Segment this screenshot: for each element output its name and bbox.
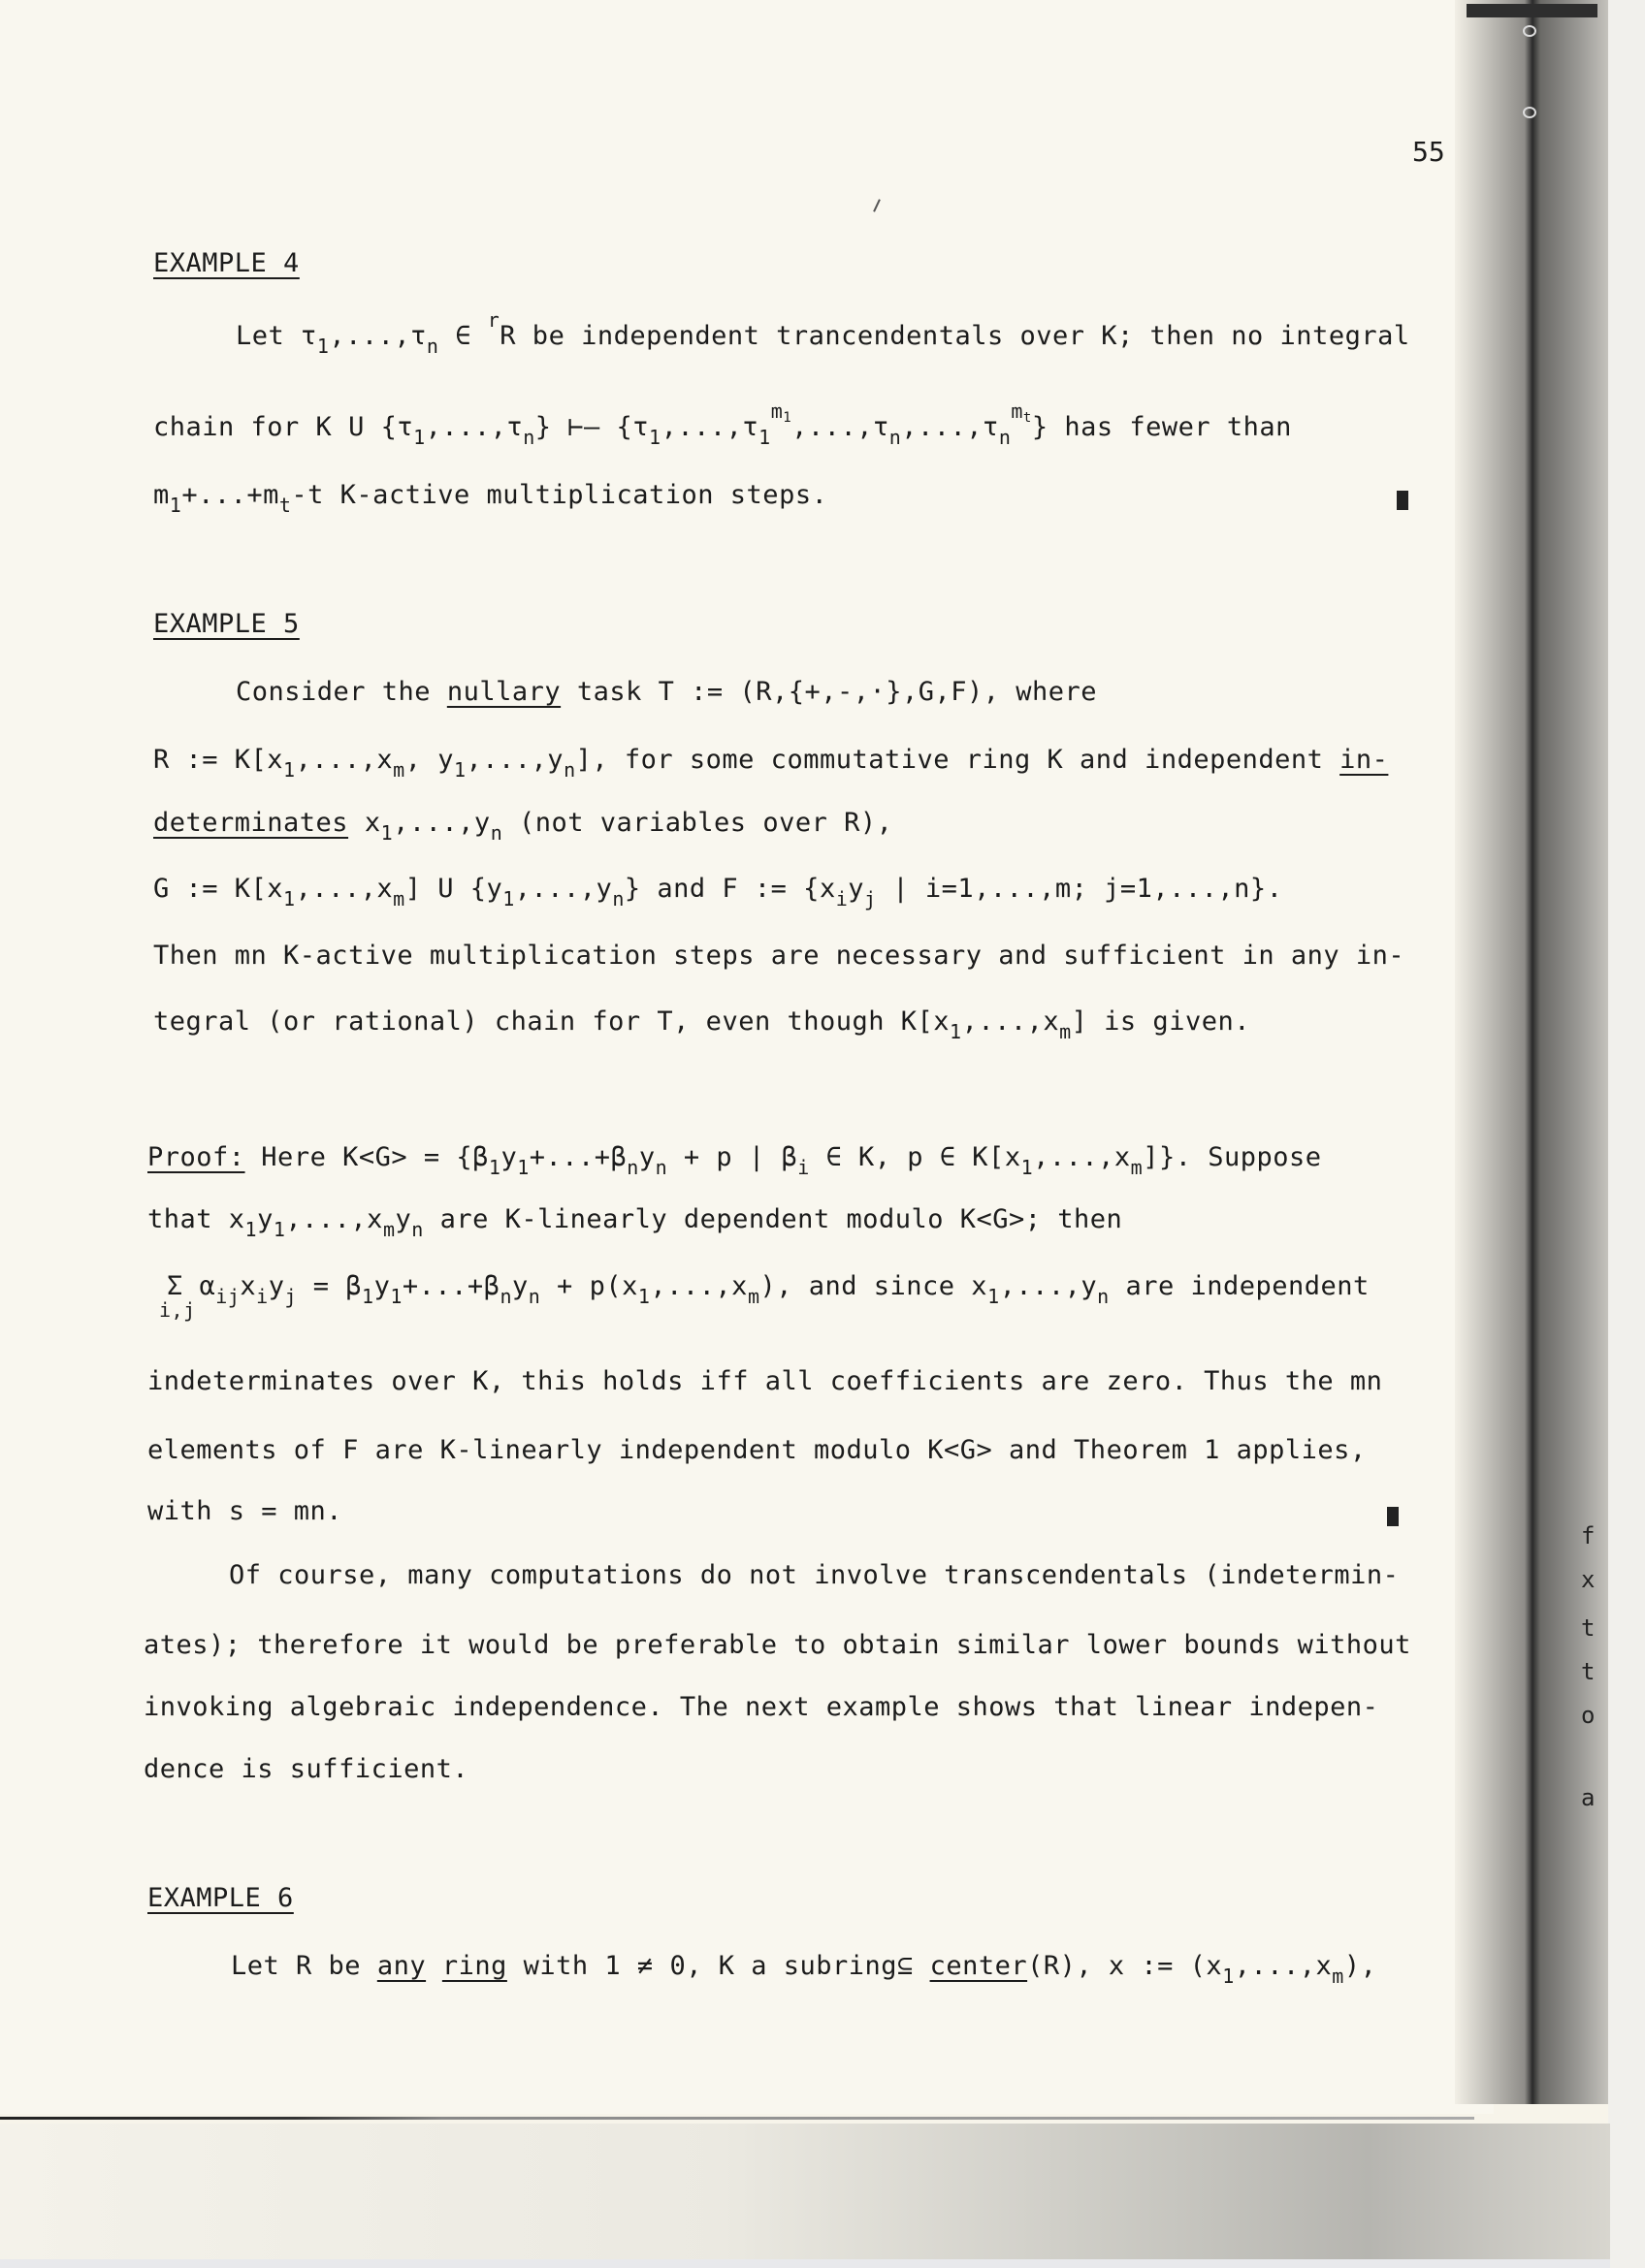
text: , for some commutative ring K and indepe…	[592, 745, 1339, 775]
paragraph-line-4: dence is sufficient.	[144, 1756, 468, 1782]
subseteq: ⊆	[897, 1951, 914, 1981]
term-ring: ring	[442, 1951, 507, 1981]
example-4-line-2: chain for K U {τ1,...,τn} ⊢— {τ1,...,τ1m…	[153, 411, 1292, 440]
example-5-line-5: Then mn K-active multiplication steps ar…	[153, 942, 1404, 969]
text: G := K[x	[153, 874, 283, 904]
example-5-line-1: Consider the nullary task T := (R,{+,-,·…	[236, 679, 1097, 705]
margin-letter: x	[1581, 1566, 1595, 1593]
example-4-line-1: Let τ1,...,τn ∈ rR be independent trance…	[236, 320, 1410, 349]
example-5-line-6: tegral (or rational) chain for T, even t…	[153, 1008, 1250, 1035]
example-6-line-1: Let R be any ring with 1 ≠ 0, K a subrin…	[231, 1953, 1376, 1979]
text: R be independent trancendentals over K; …	[500, 321, 1409, 351]
text: (R), x := (x	[1027, 1951, 1222, 1981]
elem: ∈	[455, 321, 471, 351]
text: ] is given.	[1072, 1006, 1250, 1037]
margin-letter: t	[1581, 1658, 1595, 1685]
example-5-line-4: G := K[x1,...,xm] U {y1,...,yn} and F :=…	[153, 876, 1282, 902]
example-5-line-3: determinates x1,...,yn (not variables ov…	[153, 810, 892, 836]
bottom-page-stack	[0, 2124, 1610, 2259]
example-5-heading: EXAMPLE 5	[153, 611, 300, 637]
binding-top	[1467, 4, 1597, 17]
example-6-heading: EXAMPLE 6	[147, 1885, 294, 1911]
term-determinates: determinates	[153, 808, 348, 838]
page-edge-shadow	[0, 2117, 1474, 2120]
proof-line-6: with s = mn.	[147, 1498, 342, 1524]
page-number: 55	[1412, 136, 1445, 168]
text: has fewer than	[1064, 412, 1292, 442]
adjacent-page-strip	[1608, 0, 1645, 2268]
text: Consider the	[236, 677, 447, 707]
paper-page	[0, 0, 1494, 2114]
qed-mark	[1387, 1507, 1399, 1526]
margin-letter: a	[1581, 1784, 1595, 1811]
rivet-icon	[1523, 25, 1536, 37]
paragraph-line-2: ates); therefore it would be preferable …	[144, 1632, 1411, 1658]
margin-letter: f	[1581, 1522, 1595, 1549]
text: chain for K U {	[153, 412, 397, 442]
term-nullary: nullary	[447, 677, 561, 707]
text: tegral (or rational) chain for T, even t…	[153, 1006, 950, 1037]
text: task T := (R,{+,-,·},G,F), where	[561, 677, 1097, 707]
proof-line-2: that x1y1,...,xmyn are K-linearly depend…	[147, 1206, 1122, 1232]
proof-line-5: elements of F are K-linearly independent…	[147, 1437, 1367, 1463]
proof-label: Proof:	[147, 1142, 245, 1172]
proof-line-3: Σi,j αijxiyj = β1y1+...+βnyn + p(x1,...,…	[167, 1273, 1370, 1299]
proof-line-4: indeterminates over K, this holds iff al…	[147, 1368, 1382, 1394]
rivet-icon	[1523, 107, 1536, 118]
paragraph-line-1: Of course, many computations do not invo…	[229, 1562, 1399, 1588]
text: Let R be	[231, 1951, 377, 1981]
margin-letter: t	[1581, 1614, 1595, 1642]
term-in: in-	[1339, 745, 1388, 775]
text: R := K[x	[153, 745, 283, 775]
text: -t K-active multiplication steps.	[291, 480, 827, 510]
text: . Suppose	[1176, 1142, 1322, 1172]
tau: τ	[301, 321, 317, 351]
scan-edge	[0, 2259, 1610, 2268]
tau: τ	[410, 321, 427, 351]
example-4-line-3: m1+...+mt-t K-active multiplication step…	[153, 482, 827, 508]
term-center: center	[930, 1951, 1028, 1981]
text: are K-linearly dependent modulo K<G>; th…	[424, 1204, 1122, 1234]
text: that x	[147, 1204, 245, 1234]
sup-r: r	[488, 308, 500, 332]
proof-line-1: Proof: Here K<G> = {β1y1+...+βnyn + p | …	[147, 1144, 1322, 1170]
paragraph-line-3: invoking algebraic independence. The nex…	[144, 1694, 1378, 1720]
qed-mark	[1397, 491, 1408, 510]
text: (not variables over R),	[502, 808, 892, 838]
margin-letter: o	[1581, 1702, 1595, 1729]
term-any: any	[377, 1951, 426, 1981]
example-4-heading: EXAMPLE 4	[153, 250, 300, 276]
text: with 1 ≠ 0, K a subring	[507, 1951, 897, 1981]
example-5-line-2: R := K[x1,...,xm, y1,...,yn], for some c…	[153, 747, 1388, 773]
text: Let	[236, 321, 284, 351]
text: Here K<G> = {β	[245, 1142, 489, 1172]
